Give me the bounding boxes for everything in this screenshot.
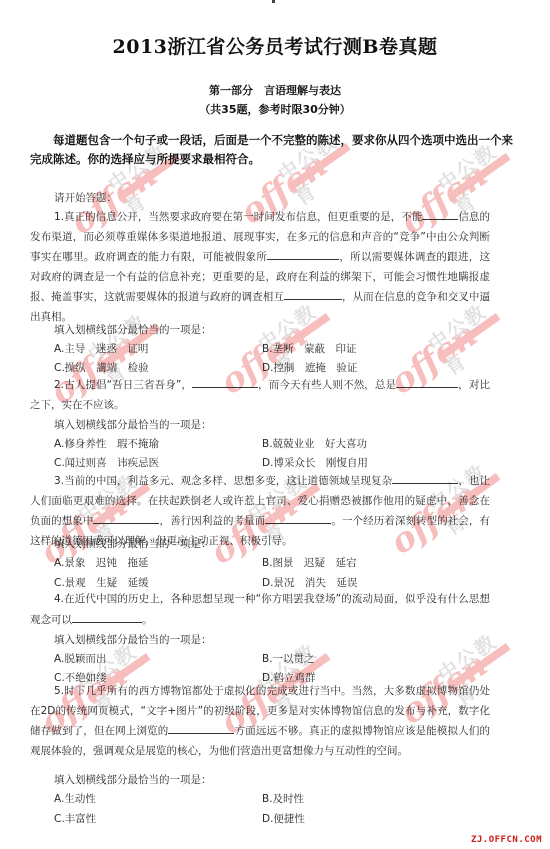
question-3-option-c[interactable]: C.景观 生疑 延缓 <box>54 575 149 590</box>
question-3-prompt: 填入划横线部分最恰当的一项是： <box>54 536 212 551</box>
question-1-option-c[interactable]: C.操纵 講端 检验 <box>54 360 149 375</box>
question-3-option-d[interactable]: D.景况 消失 延误 <box>262 575 357 590</box>
question-2-option-a[interactable]: A.修身养性 瑕不掩瑜 <box>54 436 159 451</box>
question-5-option-a[interactable]: A.生动性 <box>54 791 96 806</box>
question-1-text: 1.真正的信息公开，当然要求政府要在第一时间发布信息，但更重要的是，不能信息的发… <box>30 207 490 327</box>
site-footer-link[interactable]: ZJ.OFFCN.COM <box>471 835 542 845</box>
start-label: 请开始答题： <box>54 190 117 205</box>
question-2-option-d[interactable]: D.博采众长 刚愎自用 <box>262 455 368 470</box>
question-4-text: 4.在近代中国的历史上，各种思想呈现一种“你方唱罢我登场”的流动局面，似乎没有什… <box>30 590 490 630</box>
question-2-prompt: 填入划横线部分最恰当的一项是： <box>54 417 212 432</box>
answer-blank <box>284 287 342 300</box>
question-1-option-b[interactable]: B.垄断 蒙蔽 印证 <box>262 341 357 356</box>
answer-blank <box>192 375 258 388</box>
question-2-text: 2.古人提倡“吾日三省吾身”，，而今天有些人则不然，总是，对比之下，实在不应该。 <box>30 375 490 415</box>
section-subtitle: （共35题，参考时限30分钟） <box>0 101 550 117</box>
question-5-option-d[interactable]: D.便捷性 <box>262 811 305 826</box>
question-1-option-a[interactable]: A.主导 迷惑 证明 <box>54 341 148 356</box>
question-4-option-a[interactable]: A.脱颖而出 <box>54 651 106 666</box>
question-2-option-c[interactable]: C.闻过则喜 讳疾忌医 <box>54 455 159 470</box>
question-5-option-c[interactable]: C.丰富性 <box>54 811 96 826</box>
question-5-prompt: 填入划横线部分最恰当的一项是： <box>54 772 212 787</box>
instructions: 每道题包含一个句子或一段话，后面是一个不完整的陈述，要求你从四个选项中选出一个来… <box>30 131 520 169</box>
question-4-option-b[interactable]: B.一以贯之 <box>262 651 315 666</box>
answer-blank <box>392 471 458 484</box>
top-mark <box>272 0 275 3</box>
question-4-prompt: 填入划横线部分最恰当的一项是： <box>54 632 212 647</box>
question-1-option-d[interactable]: D.控制 遮掩 验证 <box>262 360 357 375</box>
question-3-option-a[interactable]: A.景象 迟钝 拖延 <box>54 555 148 570</box>
answer-blank <box>422 207 458 220</box>
page-title: 2013浙江省公务员考试行测B卷真题 <box>0 32 550 59</box>
question-5-option-b[interactable]: B.及时性 <box>262 791 304 806</box>
question-3-option-b[interactable]: B.图景 迟疑 延宕 <box>262 555 357 570</box>
question-5-text: 5.时下几乎所有的西方博物馆都处于虚拟化的完成或进行当中。当然，大多数虚拟博物馆… <box>30 682 490 761</box>
question-2-option-b[interactable]: B.兢兢业业 好大喜功 <box>262 436 367 451</box>
section-title: 第一部分 言语理解与表达 <box>0 82 550 98</box>
answer-blank <box>267 247 339 260</box>
answer-blank <box>265 511 331 524</box>
question-1-prompt: 填入划横线部分最恰当的一项是： <box>54 322 212 337</box>
answer-blank <box>72 610 142 623</box>
document-page: offcn 中公教育 offcn 中公教育 offcn 中公教育 offcn 中… <box>0 0 550 849</box>
answer-blank <box>396 375 458 388</box>
answer-blank <box>168 721 234 734</box>
answer-blank <box>93 511 159 524</box>
